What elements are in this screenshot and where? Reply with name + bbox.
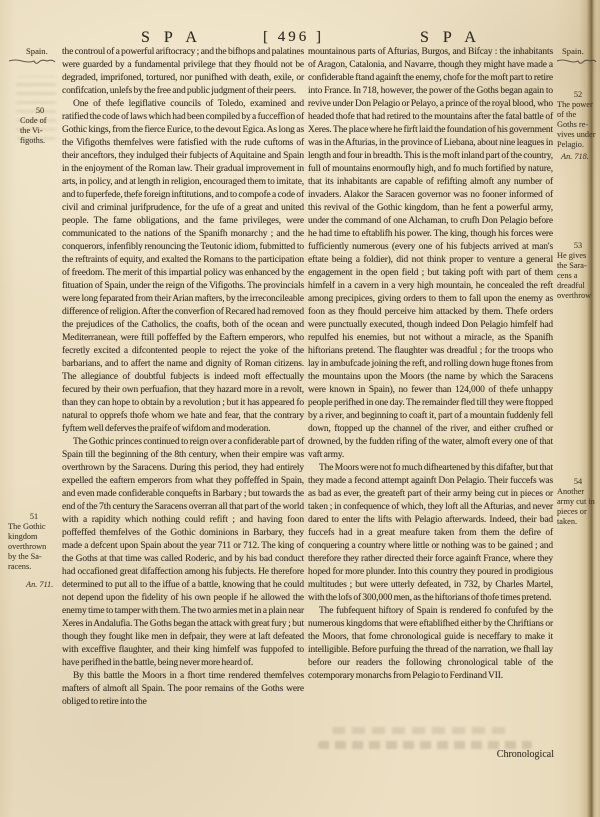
bleed-through-smudge <box>332 727 512 734</box>
bleed-through-smudge <box>318 741 532 749</box>
margin-headword-left: Spain. <box>26 46 48 56</box>
margin-note-text: The Gothic kingdom overthrown by the Sa-… <box>8 522 60 572</box>
margin-headword-right: Spain. <box>562 46 584 56</box>
page-number: [ 496 ] <box>263 29 324 46</box>
margin-note: 52 The power of the Goths re- vives unde… <box>557 90 599 150</box>
margin-note-text: The power of the Goths re- vives under P… <box>557 100 599 150</box>
margin-note-number: 52 <box>557 90 599 100</box>
scanned-book-page: S P A [ 496 ] S P A Spain. 50 Code of th… <box>0 0 600 817</box>
body-paragraph: The fubfequent hiftory of Spain is rende… <box>308 605 553 683</box>
margin-note-number: 54 <box>557 477 599 487</box>
margin-date: An. 711. <box>26 580 53 589</box>
text-column-left: the controul of a powerful ariftocracy ;… <box>62 46 304 709</box>
body-paragraph: The Gothic princes continued to reign ov… <box>62 436 304 670</box>
margin-note: 53 He gives the Sara- cens a dreadful ov… <box>557 241 599 301</box>
body-paragraph: The Moors were not fo much difheartened … <box>308 462 553 605</box>
margin-note-text: Code of the Vi- figoths. <box>20 116 60 146</box>
margin-note-number: 51 <box>8 512 60 522</box>
margin-note-text: He gives the Sara- cens a dreadful overt… <box>557 251 599 301</box>
margin-note-number: 53 <box>557 241 599 251</box>
flourish-swash-icon <box>556 57 598 66</box>
margin-note: 50 Code of the Vi- figoths. <box>20 106 60 146</box>
header-right-title: S P A <box>420 29 481 47</box>
body-paragraph: One of thefe legiflative councils of Tol… <box>62 98 304 436</box>
catchword: Chronological <box>308 749 554 760</box>
body-paragraph: the controul of a powerful ariftocracy ;… <box>62 46 304 98</box>
flourish-swash-icon <box>8 57 60 66</box>
margin-date: An. 718. <box>561 152 589 161</box>
margin-note-number: 50 <box>20 106 60 116</box>
margin-note-text: Another army cut in pieces or taken. <box>557 487 599 527</box>
margin-note: 54 Another army cut in pieces or taken. <box>557 477 599 527</box>
body-paragraph: mountainous parts of Afturias, Burgos, a… <box>308 46 553 462</box>
margin-note: 51 The Gothic kingdom overthrown by the … <box>8 512 60 572</box>
text-column-right: mountainous parts of Afturias, Burgos, a… <box>308 46 553 683</box>
body-paragraph: By this battle the Moors in a fhort time… <box>62 670 304 709</box>
header-left-title: S P A <box>141 29 202 47</box>
